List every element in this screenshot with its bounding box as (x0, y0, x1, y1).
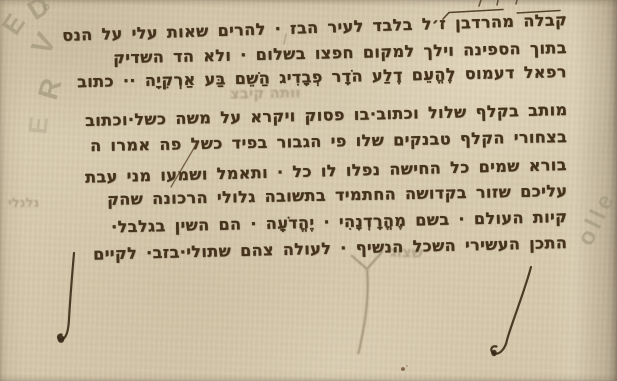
watermark-letter-icon: V (26, 28, 64, 61)
watermark-letter-icon: D (22, 0, 55, 27)
ink-showthrough: גלגלי (8, 196, 39, 211)
left-flourish-blob (58, 335, 65, 343)
ink-speck (406, 365, 408, 367)
manuscript-page: D o E V R E olle וותה קיבצ גלגלי שצוג קב… (0, 0, 617, 381)
watermark-letter-icon: E (0, 8, 32, 40)
manuscript-line: קיות העולם · בשם מֶהֱרָדְנָהִי · יֶהֱדֹע… (111, 207, 568, 236)
right-flourish-blob (491, 350, 497, 356)
left-flourish-stroke (58, 253, 74, 340)
cropped-line-tips (479, 0, 517, 6)
watermark-ring-icon: o (40, 0, 52, 14)
edge-stamp-fragment: olle (572, 186, 617, 250)
watermark-letter-icon: E (22, 115, 55, 135)
right-flourish-stroke (491, 267, 531, 354)
manuscript-line: מותב בקלף שלול וכתוב·בו פסוק ויקרא על מש… (84, 100, 567, 130)
ink-speck (401, 367, 405, 371)
manuscript-line: עליכם שזור בקדושה החתמיד בתשובה גלולי הר… (107, 181, 568, 209)
manuscript-line: התכן העשירי השכל הנשיף · לעולה צהם שתולי… (93, 233, 568, 264)
watermark-letter-icon: R (32, 75, 68, 103)
showthrough-stroke (352, 252, 382, 353)
manuscript-line: בצחורי הקלף טבנקים שלו פי הגבור בפיד כשל… (90, 127, 567, 155)
